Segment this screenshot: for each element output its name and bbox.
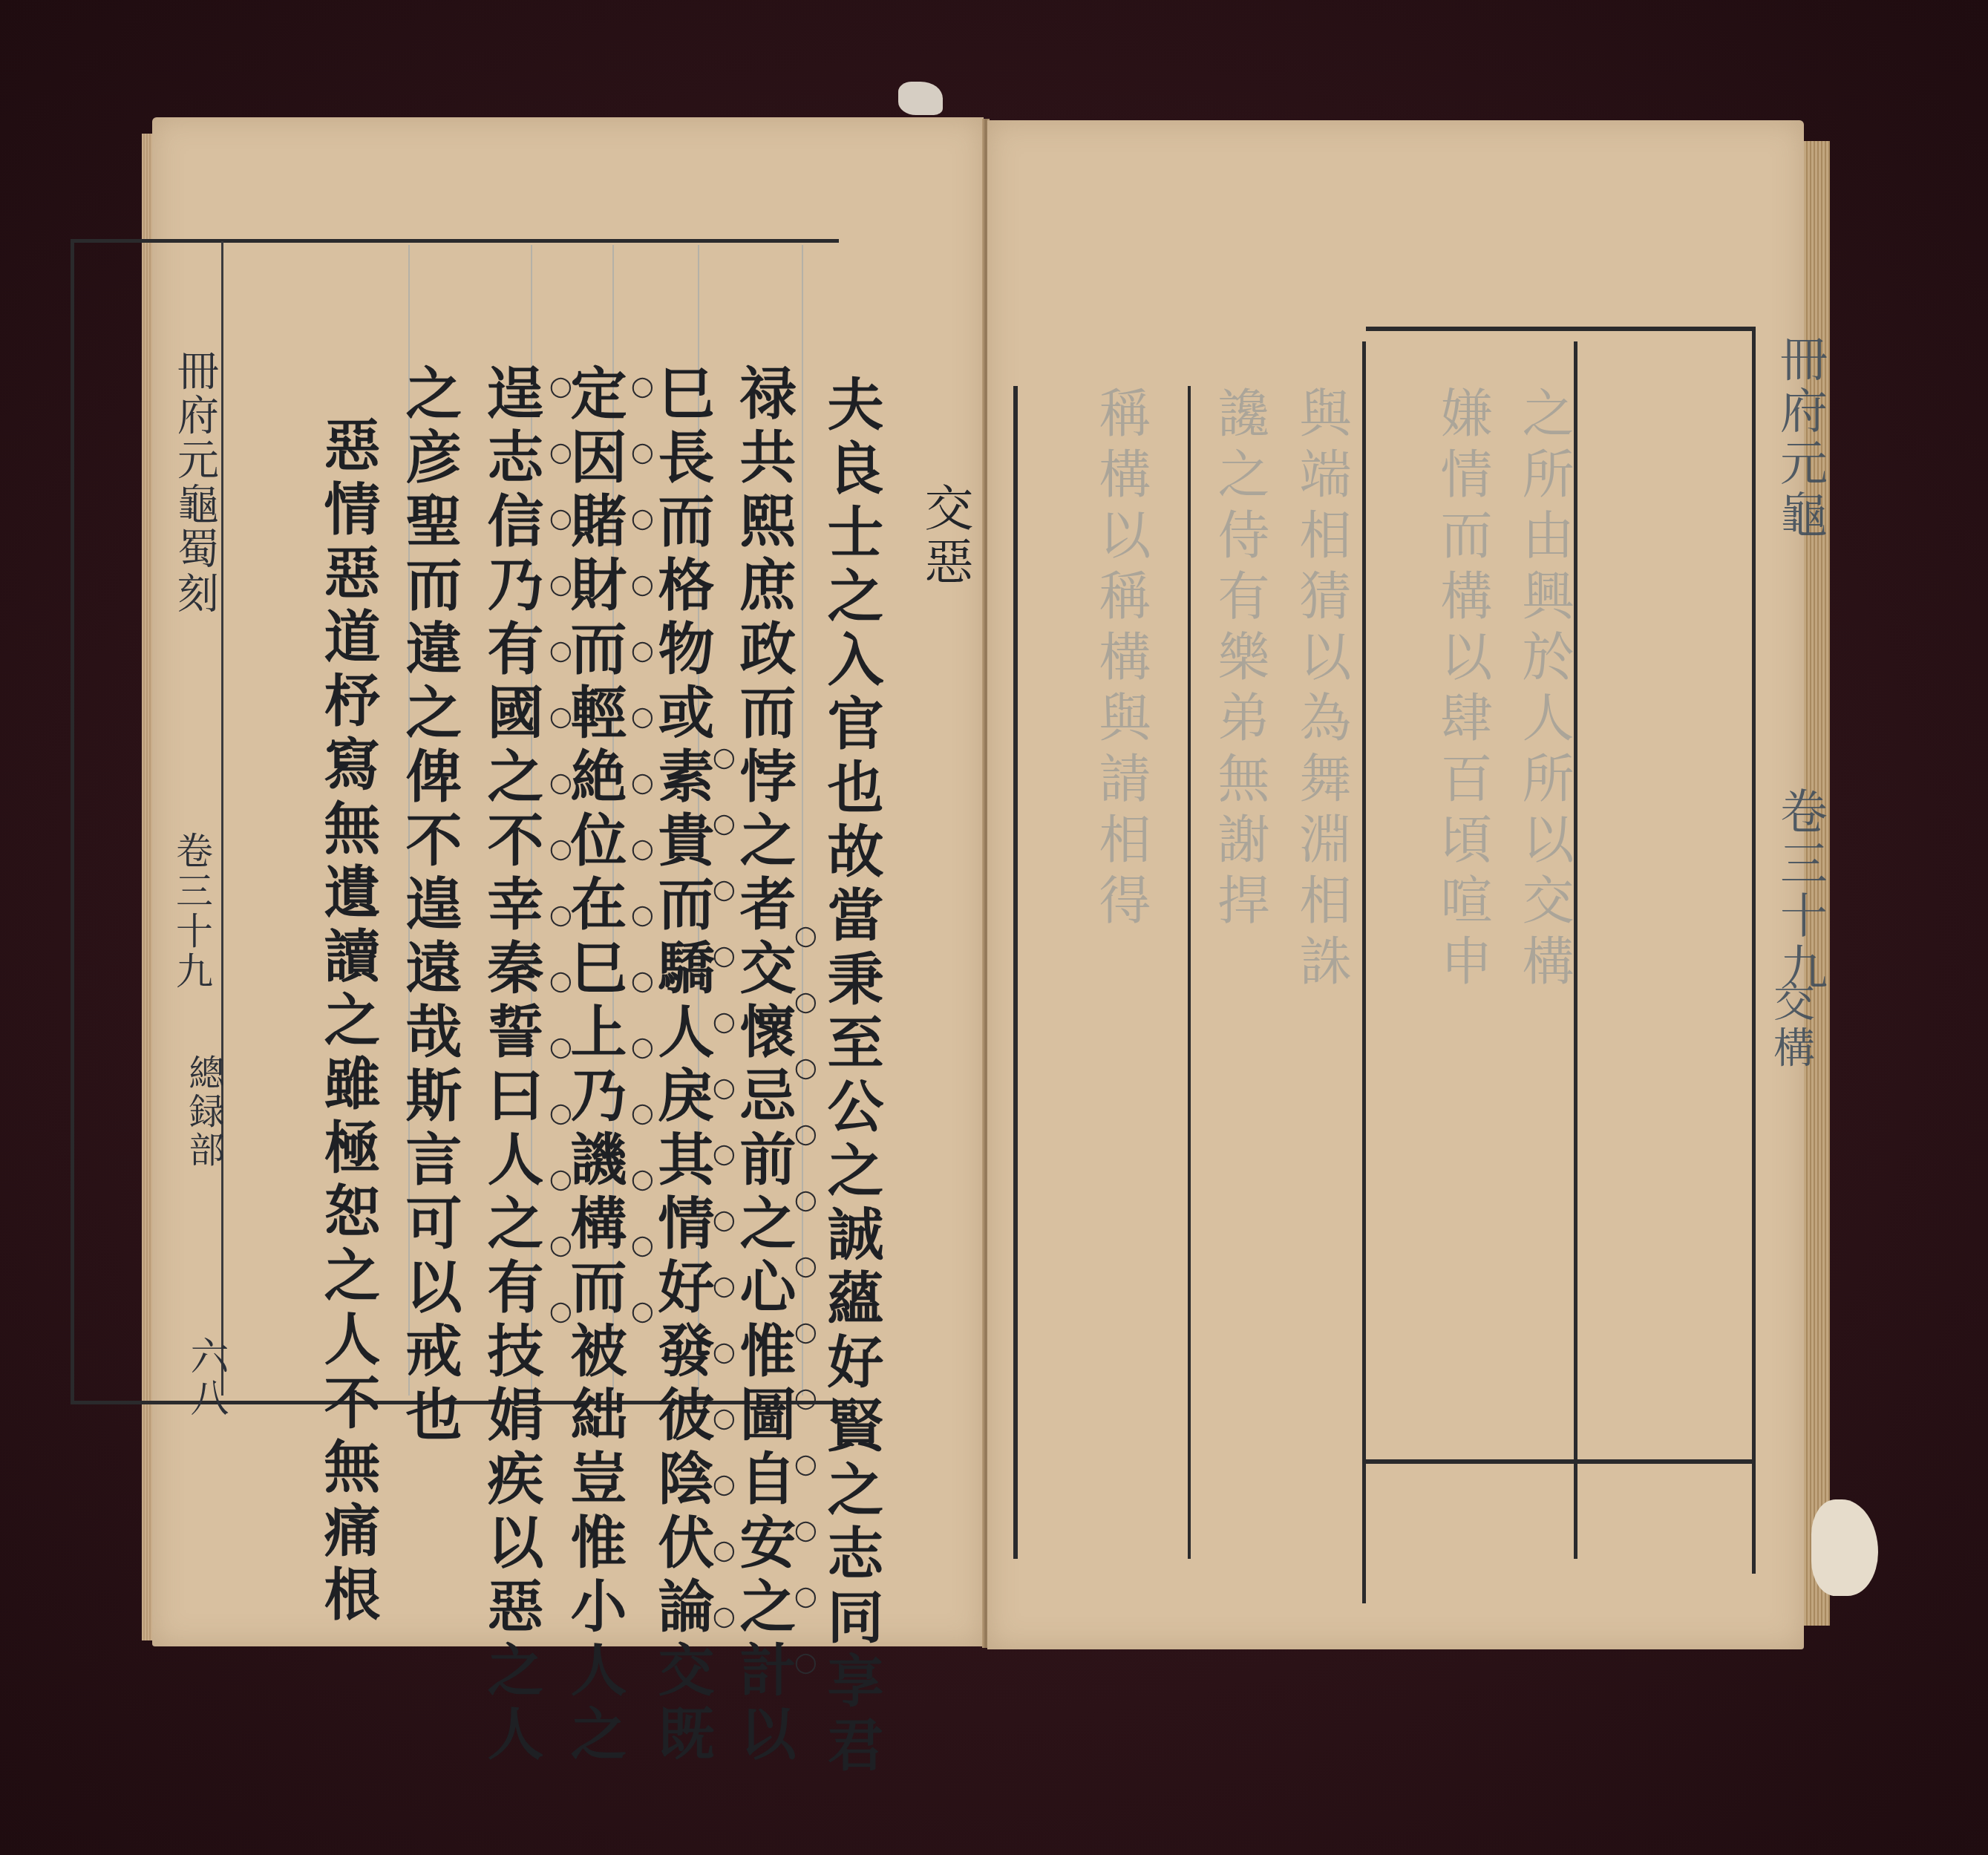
margin-section: 總録部 xyxy=(178,1054,229,1170)
margin-page-number: 六八 xyxy=(178,1336,234,1419)
bleed-through-text: 嫌情而構以肆百頃喧申 xyxy=(1425,386,1500,995)
annotation-circles: ○○○○○○○○○○○○ xyxy=(791,920,821,1713)
bleed-through-text: 稱構以稱構與請相得 xyxy=(1084,386,1159,934)
text-column-1: 夫良士之入官也故當秉至公之誠蘊好賢之志同享君 xyxy=(823,375,879,1779)
right-margin-book-title: 冊府元龜 xyxy=(1765,334,1834,542)
text-column-2: 禄共熙庶政而悖之者交懷忌前之心惟圖自安之計以 xyxy=(735,364,791,1768)
right-page-rule xyxy=(1752,327,1756,1574)
annotation-circles: ○○○○○○○○○○○○○○○ xyxy=(627,371,658,1362)
margin-volume: 卷三十九 xyxy=(165,831,218,992)
right-page-rule xyxy=(1362,341,1366,1603)
annotation-circles: ○○○○○○○○○○○○○○○ xyxy=(546,371,576,1362)
right-margin-section: 交構 xyxy=(1761,980,1820,1072)
bleed-through-text: 與端相猜以為舞淵相誅 xyxy=(1284,386,1359,995)
section-heading: 交惡 xyxy=(909,482,980,589)
binding-thread-tuft xyxy=(898,82,943,115)
right-margin-volume: 卷三十九 xyxy=(1765,787,1834,995)
right-page-rule xyxy=(1013,386,1018,1559)
text-column-5: 逞志信乃有國之不幸秦誓曰人之有技娟疾以惡之人 xyxy=(483,364,539,1768)
margin-book-title: 冊府元龜蜀刻 xyxy=(165,349,224,616)
text-column-7: 惡情惡道杼寫無遺讀之雖極恕之人不無痛根 xyxy=(319,416,376,1629)
text-column-6: 之彦聖而違之俾不遑遠哉斯言可以戒也 xyxy=(401,364,457,1449)
bleed-through-text: 讒之侍有樂弟無謝捍 xyxy=(1203,386,1278,934)
right-page-rule xyxy=(1188,386,1191,1559)
bleed-through-text: 之所由興於人所以交構 xyxy=(1507,386,1582,995)
annotation-circles: ○○○○○○○○○○○○○○ xyxy=(709,742,739,1667)
text-column-3: 巳長而格物或素貴而驕人戾其情好發彼陰伏論交既 xyxy=(653,364,710,1768)
